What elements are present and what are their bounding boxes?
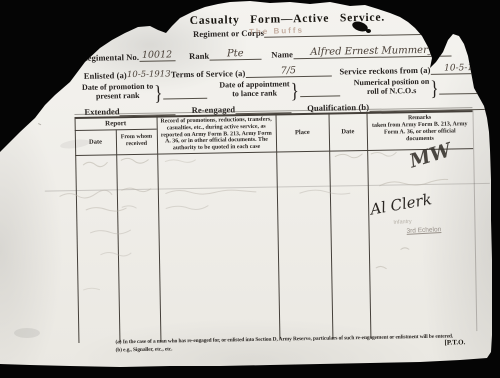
faded-stamp-line1: Infantry	[393, 219, 412, 226]
place-header: Place	[276, 129, 329, 137]
inspector-initials: MW	[407, 139, 454, 172]
rank-label: Rank	[189, 51, 209, 61]
appointment-label: Date of appointment to lance rank	[219, 80, 290, 98]
promotion-label: Date of promotion to present rank	[82, 83, 153, 101]
name-label: Name	[271, 49, 293, 59]
extended-label: Extended	[84, 106, 119, 117]
record-header: Record of promotions, reductions, transf…	[160, 117, 274, 153]
regimental-no-value: 10012	[142, 49, 172, 61]
brace-glyph: }	[430, 80, 438, 96]
date-header: Date	[329, 128, 367, 136]
reckons-label: Service reckons from (a)	[339, 65, 430, 77]
faded-stamp-line2: 3rd Echelon	[406, 226, 441, 235]
table-border-right	[472, 110, 477, 331]
col-divider-record-place	[275, 114, 280, 340]
enlisted-value: 10-5-1913	[127, 69, 171, 80]
form-content: Casualty Form—Active Service. Regiment o…	[0, 0, 500, 378]
col-divider-date-remarks	[366, 112, 371, 338]
table-border-left	[75, 117, 80, 343]
promotion-line	[163, 85, 207, 100]
regimental-no-label: Regimental No.	[81, 52, 139, 63]
regiment-stamp: The Buffs	[249, 26, 304, 37]
terms-label: Terms of Service (a)	[171, 68, 246, 79]
terms-value: 7/5	[281, 65, 296, 76]
footnotes: (a) In the case of a man who has re-enga…	[115, 332, 453, 354]
report-from-header: From whom received	[116, 134, 157, 148]
col-divider-date-from	[116, 129, 121, 342]
col-divider-place-date	[328, 113, 333, 339]
report-header: Report	[75, 119, 157, 128]
brace-glyph: }	[154, 85, 162, 101]
smudge	[14, 328, 40, 338]
clerk-signature: Al Clerk	[369, 190, 433, 218]
appointment-line	[300, 83, 340, 98]
scanned-paper: Casualty Form—Active Service. Regiment o…	[0, 0, 500, 378]
name-value: Alfred Ernest Mummery	[310, 45, 433, 58]
brace-glyph: }	[291, 83, 299, 99]
reckons-value: 10-5-13	[444, 63, 479, 74]
remarks-header: Remarks taken from Army Form B. 213, Arm…	[370, 114, 470, 143]
rank-value: Pte	[227, 48, 244, 59]
pto-marker: [P.T.O.	[444, 338, 465, 346]
ink-blob-small	[366, 29, 371, 33]
numerical-line	[439, 80, 479, 95]
enlisted-label: Enlisted (a)	[84, 70, 127, 81]
numerical-label: Numerical position on roll of N.C.O.s	[354, 78, 430, 97]
